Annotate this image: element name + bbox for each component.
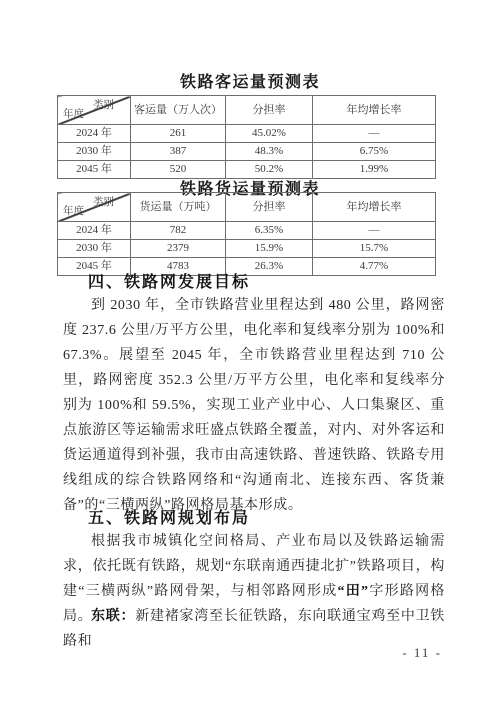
share-cell: 45.02% — [226, 125, 313, 143]
share-cell: 48.3% — [226, 143, 313, 161]
page-number: - 11 - — [402, 645, 442, 661]
table-row: 2030 年 387 48.3% 6.75% — [58, 143, 436, 161]
corner-label-year: 年度 — [63, 204, 84, 219]
passenger-table-title: 铁路客运量预测表 — [0, 69, 500, 92]
corner-label-year: 年度 — [63, 107, 84, 122]
corner-label-category: 类别 — [93, 98, 114, 113]
column-header-volume: 客运量（万人次） — [131, 96, 226, 125]
column-header-share: 分担率 — [226, 193, 313, 222]
layout-text-bold-tian: “田” — [338, 584, 369, 599]
diagonal-corner-cell: 类别 年度 — [58, 96, 131, 125]
volume-cell: 782 — [131, 222, 226, 240]
table-header-row: 类别 年度 客运量（万人次） 分担率 年均增长率 — [58, 96, 436, 125]
growth-cell: — — [313, 125, 436, 143]
growth-cell: 4.77% — [313, 258, 436, 276]
passenger-forecast-table: 类别 年度 客运量（万人次） 分担率 年均增长率 2024 年 261 45.0… — [57, 95, 436, 179]
column-header-growth: 年均增长率 — [313, 193, 436, 222]
development-goals-paragraph: 到 2030 年，全市铁路营业里程达到 480 公里，路网密度 237.6 公里… — [63, 293, 445, 518]
volume-cell: 261 — [131, 125, 226, 143]
share-cell: 6.35% — [226, 222, 313, 240]
column-header-growth: 年均增长率 — [313, 96, 436, 125]
growth-cell: — — [313, 222, 436, 240]
column-header-volume: 货运量（万吨） — [131, 193, 226, 222]
freight-forecast-table: 类别 年度 货运量（万吨） 分担率 年均增长率 2024 年 782 6.35%… — [57, 192, 436, 276]
corner-label-category: 类别 — [93, 195, 114, 210]
diagonal-corner-cell: 类别 年度 — [58, 193, 131, 222]
table-row: 2030 年 2379 15.9% 15.7% — [58, 240, 436, 258]
east-link-lead-label: 东联： — [91, 609, 135, 624]
table-row: 2024 年 782 6.35% — — [58, 222, 436, 240]
growth-cell: 15.7% — [313, 240, 436, 258]
table-row: 2024 年 261 45.02% — — [58, 125, 436, 143]
section-heading-development-goals: 四、铁路网发展目标 — [88, 269, 250, 292]
year-cell: 2024 年 — [58, 125, 131, 143]
year-cell: 2030 年 — [58, 240, 131, 258]
east-link-paragraph: 东联：新建褚家湾至长征铁路，东向联通宝鸡至中卫铁路和 — [63, 604, 445, 654]
volume-cell: 2379 — [131, 240, 226, 258]
column-header-share: 分担率 — [226, 96, 313, 125]
table-header-row: 类别 年度 货运量（万吨） 分担率 年均增长率 — [58, 193, 436, 222]
share-cell: 15.9% — [226, 240, 313, 258]
growth-cell: 6.75% — [313, 143, 436, 161]
year-cell: 2030 年 — [58, 143, 131, 161]
volume-cell: 387 — [131, 143, 226, 161]
section-heading-network-layout: 五、铁路网规划布局 — [88, 505, 250, 528]
year-cell: 2024 年 — [58, 222, 131, 240]
